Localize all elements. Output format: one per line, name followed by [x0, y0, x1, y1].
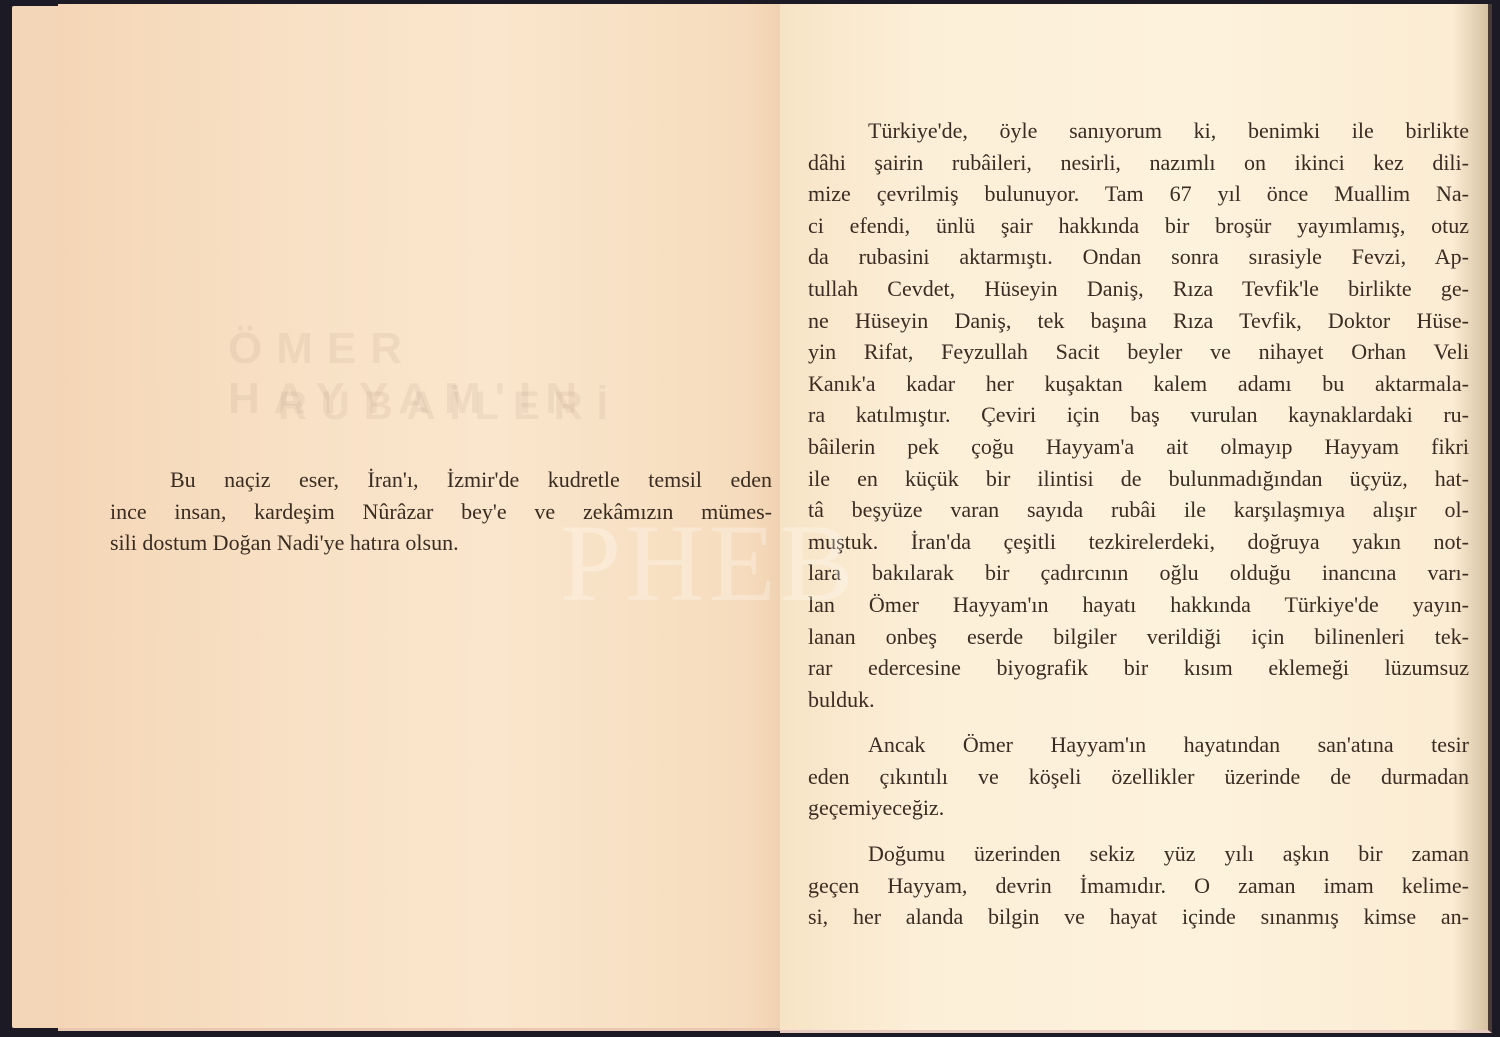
- dedication: Bu naçiz eser, İran'ı, İzmir'de kudretle…: [110, 464, 772, 559]
- text-line: lan Ömer Hayyam'ın hayatı hakkında Türki…: [808, 589, 1469, 621]
- text-line: geçen Hayyam, devrin İmamıdır. O zaman i…: [808, 870, 1469, 902]
- text-line: Kanık'a kadar her kuşaktan kalem adamı b…: [808, 368, 1469, 400]
- body-text: Türkiye'de, öyle sanıyorum ki, benimki i…: [808, 115, 1469, 933]
- text-line: lara bakılarak bir çadırcının oğlu olduğ…: [808, 557, 1469, 589]
- text-line: Bu naçiz eser, İran'ı, İzmir'de kudretle…: [110, 464, 772, 496]
- text-line: da rubasini aktarmıştı. Ondan sonra sıra…: [808, 241, 1469, 273]
- text-line: lanan onbeş eserde bilgiler verildiği iç…: [808, 621, 1469, 653]
- text-line: Türkiye'de, öyle sanıyorum ki, benimki i…: [808, 115, 1469, 147]
- text-line: geçemiyeceğiz.: [808, 792, 1469, 824]
- bleed-through-subtitle: RUBAİLERİ: [278, 384, 622, 429]
- text-line: ile en küçük bir ilintisi de bulunmadığı…: [808, 463, 1469, 495]
- text-line: dâhi şairin rubâileri, nesirli, nazımlı …: [808, 147, 1469, 179]
- paragraph-1: Türkiye'de, öyle sanıyorum ki, benimki i…: [808, 115, 1469, 715]
- text-line: mize çevrilmiş bulunuyor. Tam 67 yıl önc…: [808, 178, 1469, 210]
- text-line: Doğumu üzerinden sekiz yüz yılı aşkın bi…: [808, 838, 1469, 870]
- paragraph-2: Ancak Ömer Hayyam'ın hayatından san'atın…: [808, 729, 1469, 824]
- text-line: yin Rifat, Feyzullah Sacit beyler ve nih…: [808, 336, 1469, 368]
- text-line: Ancak Ömer Hayyam'ın hayatından san'atın…: [808, 729, 1469, 761]
- dedication-paragraph: Bu naçiz eser, İran'ı, İzmir'de kudretle…: [110, 464, 772, 559]
- text-line: bâilerin pek çoğu Hayyam'a ait olmayıp H…: [808, 431, 1469, 463]
- text-line: rar edercesine biyografik bir kısım ekle…: [808, 652, 1469, 684]
- text-line: tullah Cevdet, Hüseyin Daniş, Rıza Tevfi…: [808, 273, 1469, 305]
- text-line: tâ beşyüze varan sayıda rubâi ile karşıl…: [808, 494, 1469, 526]
- text-line: muştuk. İran'da çeşitli tezkirelerdeki, …: [808, 526, 1469, 558]
- text-line: ra katılmıştır. Çeviri için baş vurulan …: [808, 399, 1469, 431]
- text-line: si, her alanda bilgin ve hayat içinde sı…: [808, 901, 1469, 933]
- text-line: eden çıkıntılı ve köşeli özellikler üzer…: [808, 761, 1469, 793]
- text-line: ne Hüseyin Daniş, tek başına Rıza Tevfik…: [808, 305, 1469, 337]
- text-line: ci efendi, ünlü şair hakkında bir broşür…: [808, 210, 1469, 242]
- text-line: ince insan, kardeşim Nûrâzar bey'e ve ze…: [110, 496, 772, 528]
- paragraph-3: Doğumu üzerinden sekiz yüz yılı aşkın bi…: [808, 838, 1469, 933]
- text-line: sili dostum Doğan Nadi'ye hatıra olsun.: [110, 527, 772, 559]
- text-line: bulduk.: [808, 684, 1469, 716]
